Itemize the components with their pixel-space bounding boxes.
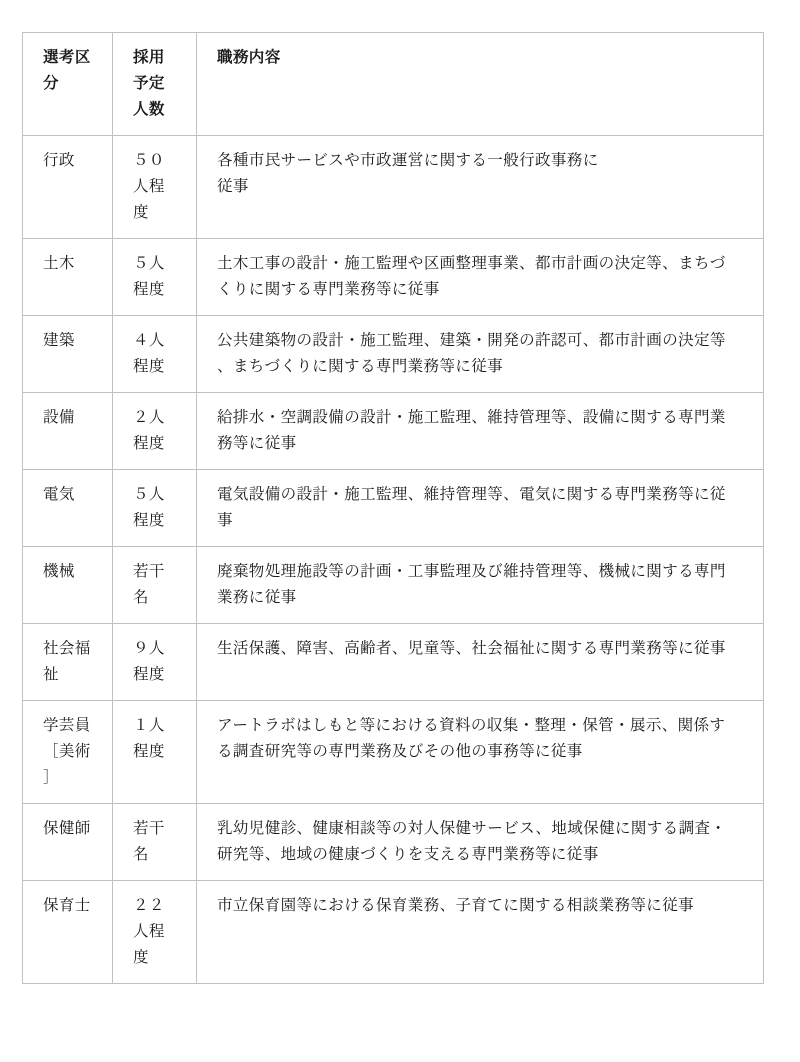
count-cell: １人 程度 — [113, 701, 197, 804]
description-cell: 廃棄物処理施設等の計画・工事監理及び維持管理等、機械に関する専門 業務に従事 — [197, 547, 764, 624]
category-cell: 行政 — [23, 136, 113, 239]
category-cell: 保健師 — [23, 804, 113, 881]
header-selection-category: 選考区 分 — [23, 33, 113, 136]
count-cell: ２２ 人程 度 — [113, 881, 197, 984]
table-row-kenchiku: 建築 ４人 程度 公共建築物の設計・施工監理、建築・開発の許認可、都市計画の決定… — [23, 316, 764, 393]
category-cell: 設備 — [23, 393, 113, 470]
count-cell: ９人 程度 — [113, 624, 197, 701]
category-cell: 建築 — [23, 316, 113, 393]
description-cell: 市立保育園等における保育業務、子育てに関する相談業務等に従事 — [197, 881, 764, 984]
table-row-shakaifukushi: 社会福 祉 ９人 程度 生活保護、障害、高齢者、児童等、社会福祉に関する専門業務… — [23, 624, 764, 701]
table-row-denki: 電気 ５人 程度 電気設備の設計・施工監理、維持管理等、電気に関する専門業務等に… — [23, 470, 764, 547]
category-cell: 社会福 祉 — [23, 624, 113, 701]
count-cell: 若干 名 — [113, 804, 197, 881]
count-cell: ５人 程度 — [113, 470, 197, 547]
count-cell: ４人 程度 — [113, 316, 197, 393]
table-row-hoikushi: 保育士 ２２ 人程 度 市立保育園等における保育業務、子育てに関する相談業務等に… — [23, 881, 764, 984]
description-cell: 公共建築物の設計・施工監理、建築・開発の許認可、都市計画の決定等 、まちづくりに… — [197, 316, 764, 393]
count-cell: ５人 程度 — [113, 239, 197, 316]
table-row-doboku: 土木 ５人 程度 土木工事の設計・施工監理や区画整理事業、都市計画の決定等、まち… — [23, 239, 764, 316]
category-cell: 学芸員 ［美術 ］ — [23, 701, 113, 804]
recruitment-table: 選考区 分 採用 予定 人数 職務内容 行政 ５０ 人程 度 各種市民サービスや… — [22, 32, 764, 984]
description-cell: 土木工事の設計・施工監理や区画整理事業、都市計画の決定等、まちづ くりに関する専… — [197, 239, 764, 316]
table-row-setsubi: 設備 ２人 程度 給排水・空調設備の設計・施工監理、維持管理等、設備に関する専門… — [23, 393, 764, 470]
table-row-gyousei: 行政 ５０ 人程 度 各種市民サービスや市政運営に関する一般行政事務に 従事 — [23, 136, 764, 239]
category-cell: 機械 — [23, 547, 113, 624]
description-cell: 各種市民サービスや市政運営に関する一般行政事務に 従事 — [197, 136, 764, 239]
description-cell: 電気設備の設計・施工監理、維持管理等、電気に関する専門業務等に従 事 — [197, 470, 764, 547]
table-row-kikai: 機械 若干 名 廃棄物処理施設等の計画・工事監理及び維持管理等、機械に関する専門… — [23, 547, 764, 624]
description-cell: 乳幼児健診、健康相談等の対人保健サービス、地域保健に関する調査・ 研究等、地域の… — [197, 804, 764, 881]
category-cell: 土木 — [23, 239, 113, 316]
count-cell: ５０ 人程 度 — [113, 136, 197, 239]
description-cell: 給排水・空調設備の設計・施工監理、維持管理等、設備に関する専門業 務等に従事 — [197, 393, 764, 470]
header-planned-hires: 採用 予定 人数 — [113, 33, 197, 136]
description-cell: 生活保護、障害、高齢者、児童等、社会福祉に関する専門業務等に従事 — [197, 624, 764, 701]
table-row-hokenshi: 保健師 若干 名 乳幼児健診、健康相談等の対人保健サービス、地域保健に関する調査… — [23, 804, 764, 881]
header-job-description: 職務内容 — [197, 33, 764, 136]
header-row: 選考区 分 採用 予定 人数 職務内容 — [23, 33, 764, 136]
category-cell: 保育士 — [23, 881, 113, 984]
count-cell: 若干 名 — [113, 547, 197, 624]
table-row-gakugeiin: 学芸員 ［美術 ］ １人 程度 アートラボはしもと等における資料の収集・整理・保… — [23, 701, 764, 804]
description-cell: アートラボはしもと等における資料の収集・整理・保管・展示、関係す る調査研究等の… — [197, 701, 764, 804]
count-cell: ２人 程度 — [113, 393, 197, 470]
category-cell: 電気 — [23, 470, 113, 547]
